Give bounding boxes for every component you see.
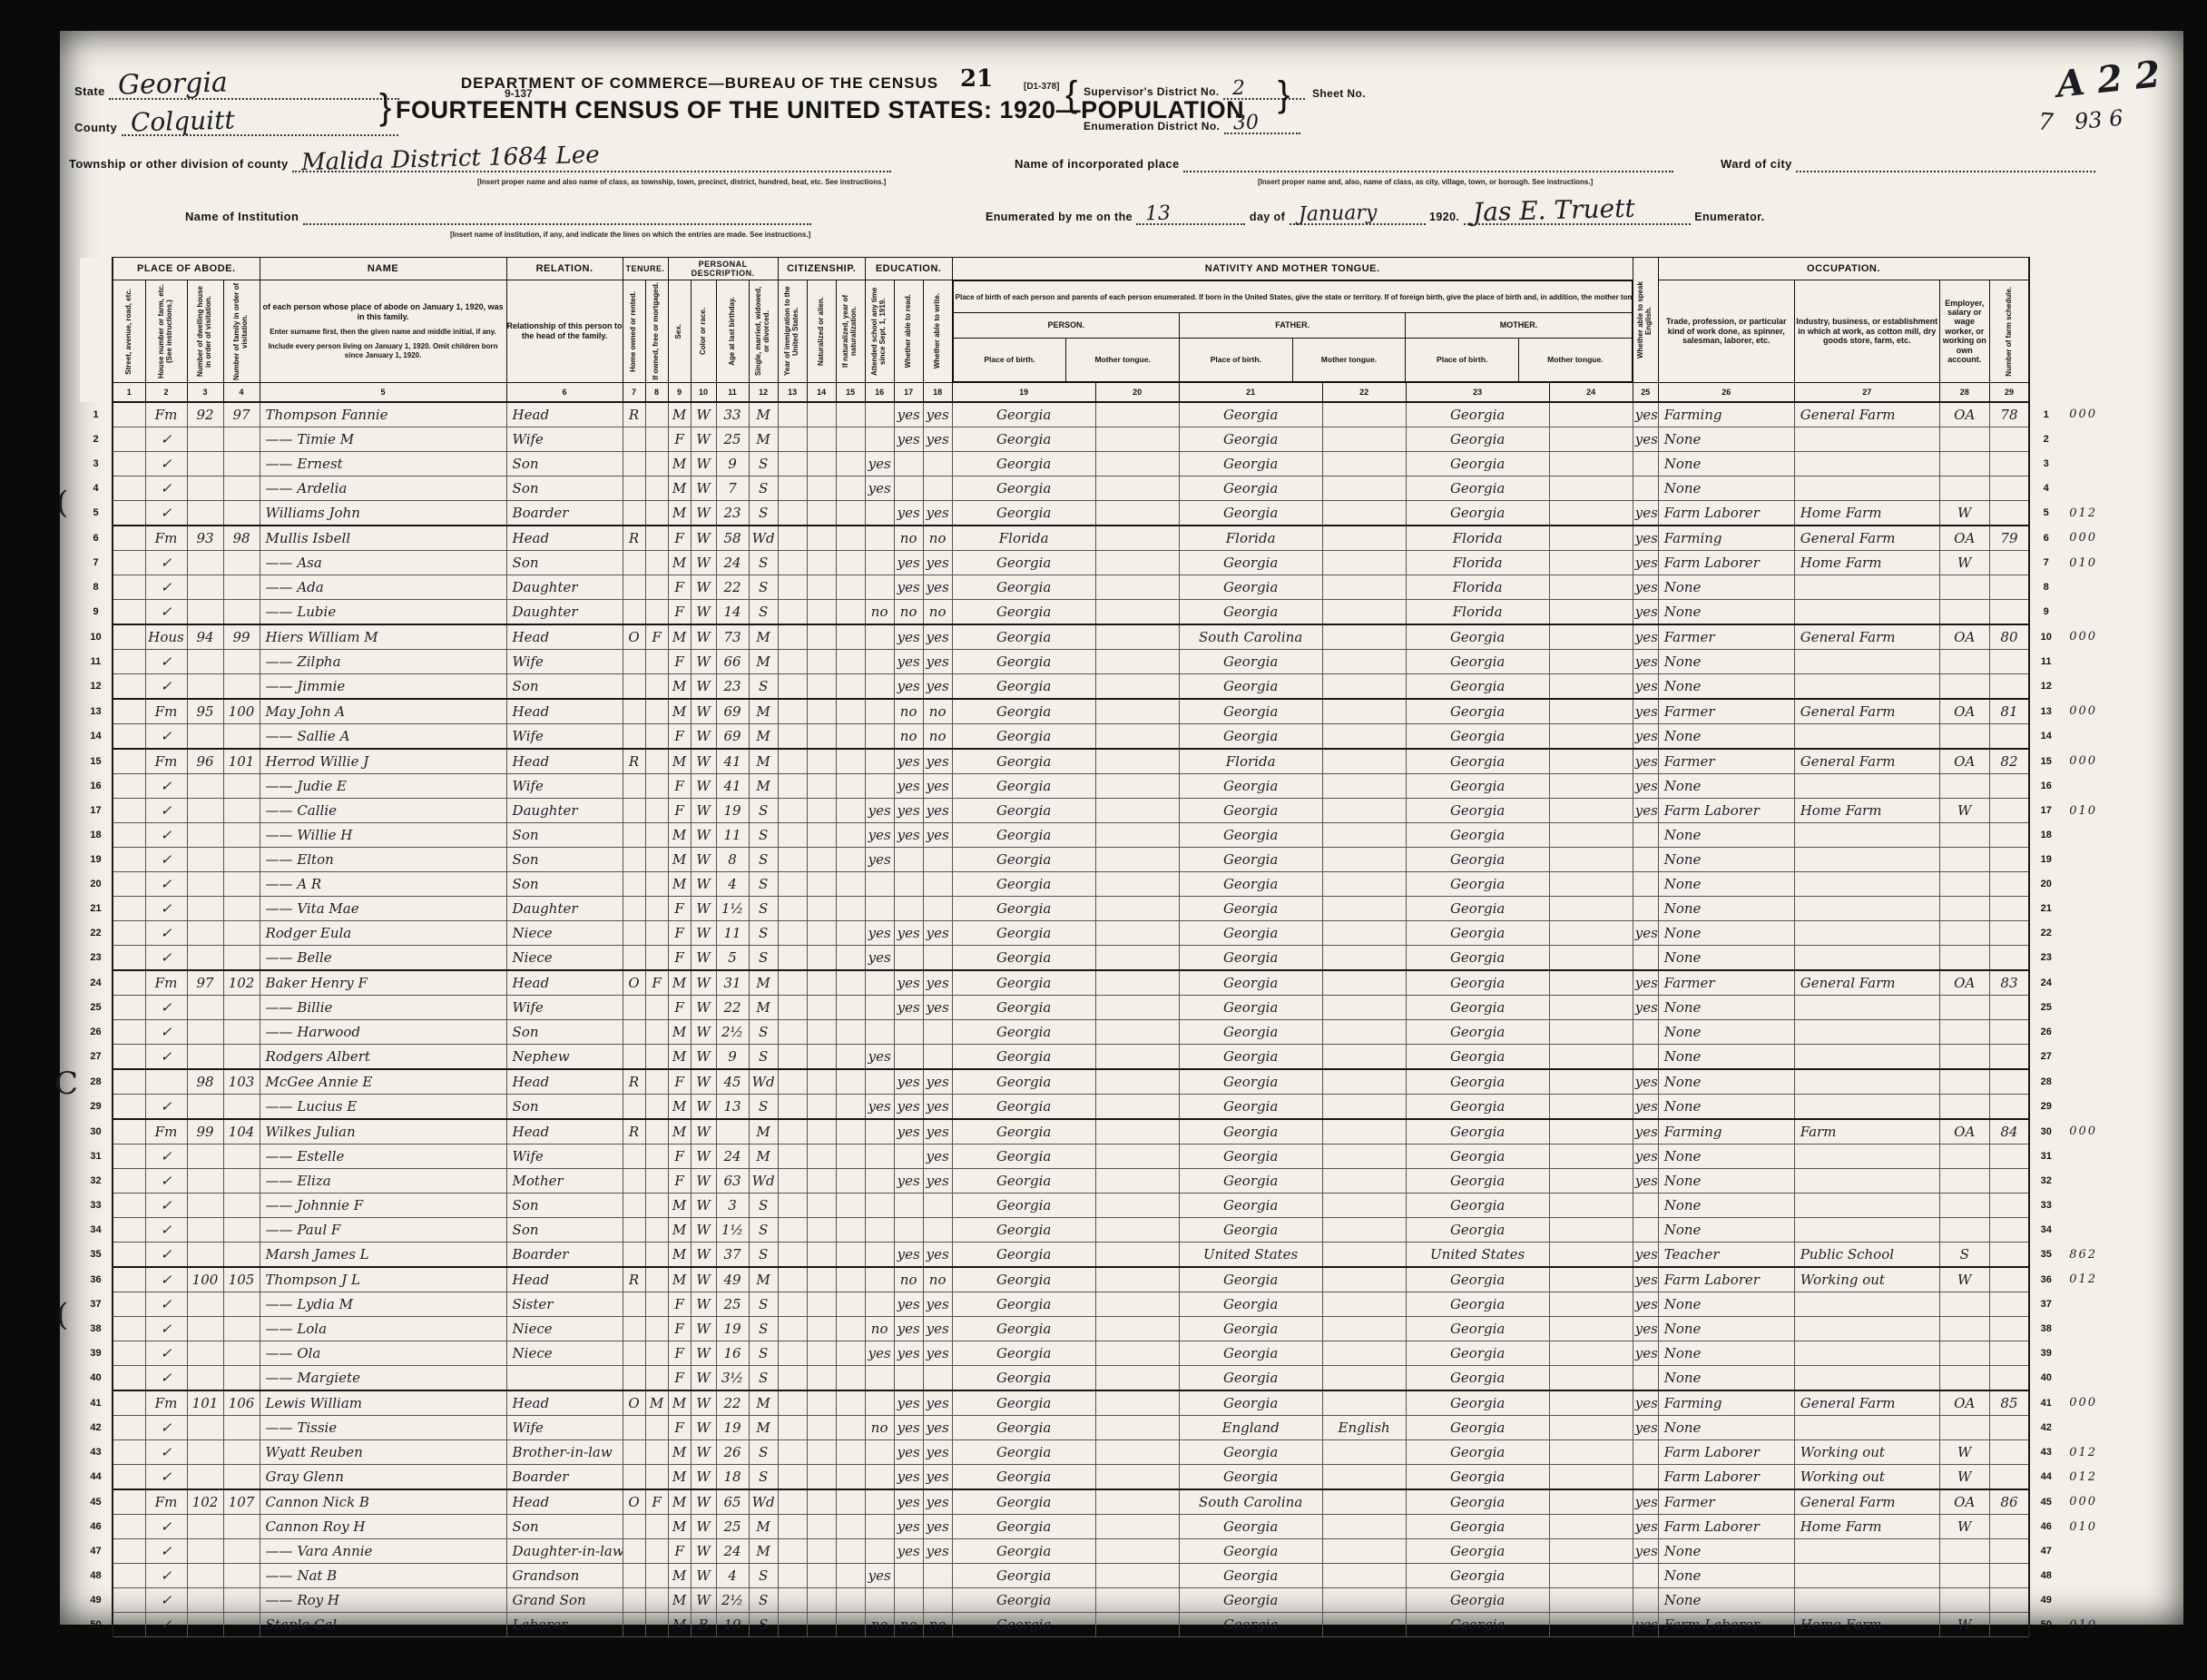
cell-industry[interactable] [1794,650,1939,674]
cell-write[interactable]: yes [923,1243,952,1268]
cell-dwelling[interactable] [187,1564,223,1588]
cell-english[interactable] [1633,1440,1658,1465]
cell-person-tongue[interactable] [1095,452,1179,476]
cell-english[interactable]: yes [1633,1317,1658,1341]
cell-name[interactable]: Rodger Eula [260,921,506,946]
cell-read[interactable] [894,1366,923,1391]
cell-father-tongue[interactable] [1322,526,1406,551]
cell-father-tongue[interactable] [1322,699,1406,724]
cell-person-birthplace[interactable]: Georgia [952,1515,1095,1539]
cell-house[interactable]: Fm [145,526,187,551]
cell-write[interactable]: yes [923,996,952,1020]
cell-naturalization-year[interactable] [836,1440,865,1465]
cell-father-tongue[interactable] [1322,1145,1406,1169]
cell-immigration[interactable] [778,501,807,526]
cell-naturalization-year[interactable] [836,1045,865,1070]
cell-english[interactable]: yes [1633,1416,1658,1440]
cell-naturalized[interactable] [807,1119,836,1145]
cell-immigration[interactable] [778,1588,807,1613]
cell-person-birthplace[interactable]: Georgia [952,1440,1095,1465]
cell-read[interactable]: yes [894,1095,923,1120]
cell-marital[interactable]: Wd [749,1169,778,1194]
cell-father-tongue[interactable] [1322,402,1406,427]
cell-family[interactable] [223,921,260,946]
cell-family[interactable] [223,1440,260,1465]
cell-mother-birthplace[interactable]: Georgia [1406,897,1549,921]
cell-mortgage[interactable] [645,452,668,476]
cell-mother-birthplace[interactable]: Georgia [1406,1515,1549,1539]
cell-marital[interactable]: S [749,1218,778,1243]
cell-sex[interactable]: F [668,650,691,674]
cell-naturalization-year[interactable] [836,1564,865,1588]
cell-school[interactable] [865,650,894,674]
cell-mother-tongue[interactable] [1549,1292,1633,1317]
cell-farm-schedule[interactable] [1989,823,2029,848]
cell-school[interactable] [865,1366,894,1391]
cell-sex[interactable]: F [668,1539,691,1564]
cell-relation[interactable]: Head [506,1069,623,1095]
cell-mortgage[interactable] [645,1440,668,1465]
cell-marital[interactable]: M [749,724,778,750]
cell-age[interactable]: 24 [716,1145,749,1169]
cell-father-tongue[interactable]: English [1322,1416,1406,1440]
cell-name[interactable]: Herrod Willie J [260,749,506,774]
cell-person-birthplace[interactable]: Georgia [952,1267,1095,1292]
cell-age[interactable]: 41 [716,749,749,774]
cell-name[interactable]: Lewis William [260,1390,506,1416]
cell-occupation[interactable]: None [1658,1317,1794,1341]
cell-write[interactable]: no [923,699,952,724]
cell-mother-tongue[interactable] [1549,1416,1633,1440]
cell-occupation[interactable]: None [1658,1341,1794,1366]
cell-immigration[interactable] [778,402,807,427]
cell-family[interactable] [223,1366,260,1391]
cell-sex[interactable]: F [668,1366,691,1391]
cell-english[interactable] [1633,848,1658,872]
cell-color[interactable]: W [691,1564,716,1588]
cell-mortgage[interactable] [645,1366,668,1391]
cell-father-tongue[interactable] [1322,774,1406,799]
cell-school[interactable] [865,427,894,452]
cell-house[interactable]: ✓ [145,1366,187,1391]
cell-industry[interactable] [1794,1317,1939,1341]
cell-age[interactable] [716,1119,749,1145]
cell-house[interactable]: ✓ [145,674,187,700]
cell-write[interactable] [923,1366,952,1391]
cell-industry[interactable] [1794,996,1939,1020]
cell-occupation[interactable]: Farming [1658,402,1794,427]
cell-occupation[interactable]: Farm Laborer [1658,1267,1794,1292]
cell-mother-birthplace[interactable]: Georgia [1406,946,1549,971]
cell-read[interactable]: yes [894,1390,923,1416]
cell-father-tongue[interactable] [1322,1218,1406,1243]
cell-person-birthplace[interactable]: Georgia [952,1416,1095,1440]
cell-sex[interactable]: M [668,501,691,526]
cell-street[interactable] [113,996,145,1020]
cell-age[interactable]: 1½ [716,1218,749,1243]
cell-industry[interactable] [1794,823,1939,848]
cell-color[interactable]: W [691,1267,716,1292]
cell-school[interactable] [865,1267,894,1292]
cell-english[interactable]: yes [1633,1613,1658,1637]
cell-relation[interactable]: Daughter [506,897,623,921]
cell-industry[interactable] [1794,1539,1939,1564]
cell-farm-schedule[interactable] [1989,724,2029,750]
ward-of-city-field[interactable] [1796,156,2095,172]
cell-occupation[interactable]: None [1658,848,1794,872]
cell-english[interactable]: yes [1633,1292,1658,1317]
cell-street[interactable] [113,575,145,600]
cell-write[interactable] [923,1020,952,1045]
cell-mother-birthplace[interactable]: Georgia [1406,996,1549,1020]
cell-immigration[interactable] [778,1341,807,1366]
cell-color[interactable]: W [691,1341,716,1366]
cell-industry[interactable] [1794,1145,1939,1169]
cell-mother-birthplace[interactable]: Florida [1406,600,1549,625]
cell-relation[interactable]: Wife [506,996,623,1020]
cell-mortgage[interactable]: F [645,624,668,650]
cell-industry[interactable]: General Farm [1794,699,1939,724]
cell-father-birthplace[interactable]: Georgia [1179,946,1322,971]
cell-naturalized[interactable] [807,1416,836,1440]
cell-street[interactable] [113,848,145,872]
cell-school[interactable]: no [865,1317,894,1341]
cell-naturalization-year[interactable] [836,624,865,650]
cell-person-birthplace[interactable]: Georgia [952,1218,1095,1243]
cell-father-tongue[interactable] [1322,1095,1406,1120]
cell-immigration[interactable] [778,1564,807,1588]
cell-employer[interactable]: OA [1939,526,1989,551]
cell-mother-tongue[interactable] [1549,402,1633,427]
cell-employer[interactable] [1939,823,1989,848]
cell-dwelling[interactable] [187,1341,223,1366]
cell-mother-birthplace[interactable]: United States [1406,1243,1549,1268]
cell-mortgage[interactable]: F [645,970,668,996]
cell-english[interactable] [1633,476,1658,501]
cell-father-tongue[interactable] [1322,823,1406,848]
cell-marital[interactable]: M [749,996,778,1020]
cell-read[interactable] [894,476,923,501]
cell-color[interactable]: W [691,848,716,872]
cell-naturalization-year[interactable] [836,848,865,872]
cell-sex[interactable]: M [668,823,691,848]
cell-marital[interactable]: S [749,1465,778,1490]
cell-naturalized[interactable] [807,452,836,476]
cell-mother-tongue[interactable] [1549,1465,1633,1490]
cell-father-birthplace[interactable]: Georgia [1179,674,1322,700]
cell-naturalization-year[interactable] [836,823,865,848]
supervisor-district-field[interactable]: 2 [1223,84,1305,100]
cell-color[interactable]: W [691,897,716,921]
cell-father-birthplace[interactable]: Georgia [1179,921,1322,946]
cell-street[interactable] [113,600,145,625]
cell-person-birthplace[interactable]: Georgia [952,427,1095,452]
cell-naturalized[interactable] [807,674,836,700]
cell-mortgage[interactable] [645,1194,668,1218]
cell-immigration[interactable] [778,724,807,750]
cell-house[interactable]: ✓ [145,1218,187,1243]
cell-industry[interactable] [1794,1169,1939,1194]
cell-sex[interactable]: M [668,749,691,774]
cell-read[interactable]: yes [894,1341,923,1366]
cell-person-tongue[interactable] [1095,427,1179,452]
cell-street[interactable] [113,1292,145,1317]
cell-naturalized[interactable] [807,946,836,971]
cell-english[interactable]: yes [1633,427,1658,452]
cell-farm-schedule[interactable] [1989,1366,2029,1391]
cell-owned[interactable]: O [623,1489,645,1515]
cell-dwelling[interactable]: 98 [187,1069,223,1095]
cell-father-birthplace[interactable]: Georgia [1179,848,1322,872]
cell-english[interactable]: yes [1633,1390,1658,1416]
cell-read[interactable]: yes [894,501,923,526]
cell-employer[interactable] [1939,1194,1989,1218]
cell-farm-schedule[interactable] [1989,427,2029,452]
cell-mother-birthplace[interactable]: Florida [1406,575,1549,600]
cell-naturalized[interactable] [807,476,836,501]
cell-employer[interactable] [1939,427,1989,452]
cell-street[interactable] [113,946,145,971]
cell-person-birthplace[interactable]: Georgia [952,1366,1095,1391]
cell-sex[interactable]: M [668,1440,691,1465]
cell-employer[interactable] [1939,1218,1989,1243]
cell-family[interactable] [223,1020,260,1045]
cell-father-tongue[interactable] [1322,452,1406,476]
cell-farm-schedule[interactable] [1989,774,2029,799]
cell-naturalized[interactable] [807,551,836,575]
cell-mortgage[interactable] [645,427,668,452]
cell-house[interactable]: ✓ [145,897,187,921]
cell-marital[interactable]: Wd [749,1489,778,1515]
cell-occupation[interactable]: None [1658,724,1794,750]
cell-occupation[interactable]: Farming [1658,1390,1794,1416]
cell-house[interactable]: Fm [145,970,187,996]
cell-father-birthplace[interactable]: Georgia [1179,1069,1322,1095]
cell-farm-schedule[interactable]: 78 [1989,402,2029,427]
cell-father-birthplace[interactable]: Georgia [1179,1341,1322,1366]
cell-relation[interactable]: Head [506,402,623,427]
cell-write[interactable]: no [923,724,952,750]
cell-name[interactable]: —— Lola [260,1317,506,1341]
cell-mortgage[interactable] [645,724,668,750]
cell-english[interactable]: yes [1633,1069,1658,1095]
cell-naturalization-year[interactable] [836,1169,865,1194]
cell-industry[interactable] [1794,1218,1939,1243]
cell-naturalization-year[interactable] [836,996,865,1020]
cell-industry[interactable] [1794,1416,1939,1440]
cell-father-tongue[interactable] [1322,1267,1406,1292]
cell-naturalization-year[interactable] [836,526,865,551]
cell-father-tongue[interactable] [1322,897,1406,921]
cell-age[interactable]: 18 [716,1465,749,1490]
cell-english[interactable]: yes [1633,650,1658,674]
cell-farm-schedule[interactable] [1989,946,2029,971]
cell-person-tongue[interactable] [1095,996,1179,1020]
cell-dwelling[interactable] [187,1218,223,1243]
cell-person-tongue[interactable] [1095,897,1179,921]
cell-age[interactable]: 7 [716,476,749,501]
cell-marital[interactable]: S [749,1440,778,1465]
cell-father-birthplace[interactable]: Georgia [1179,996,1322,1020]
cell-employer[interactable]: OA [1939,1489,1989,1515]
cell-family[interactable] [223,996,260,1020]
cell-occupation[interactable]: None [1658,921,1794,946]
cell-relation[interactable]: Son [506,452,623,476]
cell-name[interactable]: —— Ada [260,575,506,600]
cell-employer[interactable]: OA [1939,970,1989,996]
cell-occupation[interactable]: Teacher [1658,1243,1794,1268]
cell-father-tongue[interactable] [1322,1465,1406,1490]
cell-naturalized[interactable] [807,970,836,996]
cell-mortgage[interactable] [645,1218,668,1243]
cell-father-birthplace[interactable]: Georgia [1179,1390,1322,1416]
cell-house[interactable]: ✓ [145,946,187,971]
cell-school[interactable] [865,1465,894,1490]
cell-color[interactable]: W [691,1169,716,1194]
cell-person-tongue[interactable] [1095,699,1179,724]
cell-owned[interactable] [623,1243,645,1268]
cell-read[interactable]: yes [894,799,923,823]
cell-person-tongue[interactable] [1095,1169,1179,1194]
cell-marital[interactable]: S [749,1020,778,1045]
cell-house[interactable]: ✓ [145,848,187,872]
cell-immigration[interactable] [778,1045,807,1070]
cell-father-tongue[interactable] [1322,501,1406,526]
cell-person-birthplace[interactable]: Georgia [952,1069,1095,1095]
cell-mother-birthplace[interactable]: Georgia [1406,724,1549,750]
cell-farm-schedule[interactable] [1989,848,2029,872]
cell-farm-schedule[interactable] [1989,1045,2029,1070]
cell-occupation[interactable]: None [1658,1095,1794,1120]
cell-sex[interactable]: F [668,600,691,625]
cell-naturalization-year[interactable] [836,1341,865,1366]
cell-color[interactable]: W [691,501,716,526]
cell-naturalized[interactable] [807,996,836,1020]
cell-sex[interactable]: F [668,799,691,823]
cell-mother-birthplace[interactable]: Georgia [1406,699,1549,724]
cell-marital[interactable]: S [749,1194,778,1218]
cell-father-birthplace[interactable]: Georgia [1179,1588,1322,1613]
cell-person-birthplace[interactable]: Georgia [952,996,1095,1020]
cell-relation[interactable]: Son [506,1095,623,1120]
cell-mother-birthplace[interactable]: Georgia [1406,1069,1549,1095]
cell-immigration[interactable] [778,1465,807,1490]
cell-house[interactable]: ✓ [145,1564,187,1588]
cell-school[interactable]: yes [865,452,894,476]
cell-mother-birthplace[interactable]: Georgia [1406,799,1549,823]
cell-sex[interactable]: M [668,1465,691,1490]
cell-farm-schedule[interactable] [1989,1564,2029,1588]
cell-house[interactable]: ✓ [145,774,187,799]
cell-english[interactable]: yes [1633,1119,1658,1145]
cell-naturalization-year[interactable] [836,699,865,724]
cell-father-birthplace[interactable]: Georgia [1179,1613,1322,1637]
cell-school[interactable] [865,1218,894,1243]
cell-mother-tongue[interactable] [1549,1390,1633,1416]
cell-family[interactable] [223,897,260,921]
cell-write[interactable]: yes [923,1539,952,1564]
cell-industry[interactable] [1794,575,1939,600]
cell-mother-birthplace[interactable]: Georgia [1406,1390,1549,1416]
cell-father-birthplace[interactable]: Georgia [1179,501,1322,526]
cell-read[interactable]: yes [894,1440,923,1465]
cell-mother-birthplace[interactable]: Georgia [1406,501,1549,526]
cell-employer[interactable] [1939,1564,1989,1588]
cell-occupation[interactable]: None [1658,1169,1794,1194]
cell-mortgage[interactable] [645,774,668,799]
cell-relation[interactable]: Head [506,624,623,650]
cell-color[interactable]: W [691,946,716,971]
cell-farm-schedule[interactable] [1989,1292,2029,1317]
cell-relation[interactable]: Sister [506,1292,623,1317]
cell-employer[interactable] [1939,946,1989,971]
cell-marital[interactable]: S [749,501,778,526]
cell-mother-birthplace[interactable]: Georgia [1406,1095,1549,1120]
cell-naturalization-year[interactable] [836,501,865,526]
cell-name[interactable]: Staple Cal [260,1613,506,1637]
cell-sex[interactable]: M [668,1564,691,1588]
cell-immigration[interactable] [778,1267,807,1292]
cell-farm-schedule[interactable]: 83 [1989,970,2029,996]
cell-street[interactable] [113,624,145,650]
cell-industry[interactable]: Home Farm [1794,1515,1939,1539]
cell-mortgage[interactable] [645,1145,668,1169]
cell-school[interactable] [865,1020,894,1045]
cell-father-tongue[interactable] [1322,848,1406,872]
cell-street[interactable] [113,1194,145,1218]
cell-age[interactable]: 25 [716,1292,749,1317]
cell-father-tongue[interactable] [1322,1243,1406,1268]
cell-industry[interactable]: Public School [1794,1243,1939,1268]
cell-name[interactable]: —— Ernest [260,452,506,476]
cell-school[interactable] [865,526,894,551]
cell-mother-birthplace[interactable]: Georgia [1406,427,1549,452]
cell-marital[interactable]: M [749,1145,778,1169]
cell-family[interactable]: 102 [223,970,260,996]
cell-mother-birthplace[interactable]: Florida [1406,551,1549,575]
cell-english[interactable]: yes [1633,402,1658,427]
cell-english[interactable] [1633,1588,1658,1613]
cell-school[interactable] [865,624,894,650]
cell-sex[interactable]: F [668,1069,691,1095]
cell-family[interactable] [223,946,260,971]
cell-immigration[interactable] [778,1613,807,1637]
cell-farm-schedule[interactable] [1989,1145,2029,1169]
cell-naturalization-year[interactable] [836,1588,865,1613]
cell-marital[interactable]: S [749,823,778,848]
cell-sex[interactable]: F [668,1145,691,1169]
cell-family[interactable] [223,674,260,700]
cell-father-birthplace[interactable]: Georgia [1179,724,1322,750]
cell-family[interactable] [223,1169,260,1194]
cell-family[interactable]: 99 [223,624,260,650]
cell-mother-tongue[interactable] [1549,872,1633,897]
cell-naturalization-year[interactable] [836,452,865,476]
cell-school[interactable] [865,1489,894,1515]
cell-naturalized[interactable] [807,624,836,650]
cell-father-birthplace[interactable]: Georgia [1179,1267,1322,1292]
cell-relation[interactable]: Wife [506,1416,623,1440]
cell-color[interactable]: W [691,1045,716,1070]
cell-english[interactable]: yes [1633,1267,1658,1292]
cell-name[interactable]: —— Estelle [260,1145,506,1169]
cell-occupation[interactable]: Farmer [1658,699,1794,724]
cell-school[interactable] [865,1440,894,1465]
cell-street[interactable] [113,526,145,551]
cell-name[interactable]: —— Lydia M [260,1292,506,1317]
cell-naturalization-year[interactable] [836,427,865,452]
cell-person-tongue[interactable] [1095,1267,1179,1292]
